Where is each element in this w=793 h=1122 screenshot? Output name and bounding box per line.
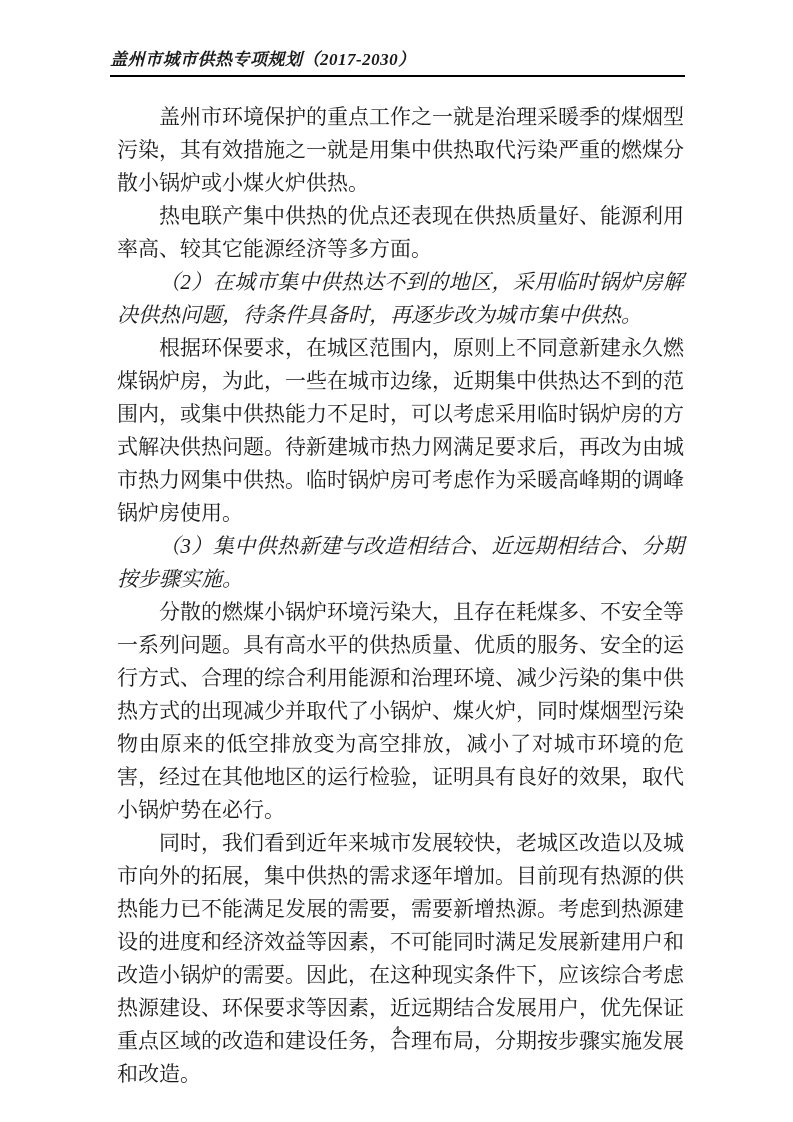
document-page: 盖州市城市供热专项规划（2017-2030） 盖州市环境保护的重点工作之一就是治… <box>0 0 793 1122</box>
document-body: 盖州市环境保护的重点工作之一就是治理采暖季的煤烟型污染，其有效措施之一就是用集中… <box>117 101 684 1091</box>
header-title: 盖州市城市供热专项规划（2017-2030） <box>110 50 685 70</box>
paragraph: 分散的燃煤小锅炉环境污染大，且存在耗煤多、不安全等一系列问题。具有高水平的供热质… <box>117 596 684 827</box>
header-rule <box>110 75 685 77</box>
page-header: 盖州市城市供热专项规划（2017-2030） <box>110 50 685 70</box>
paragraph: 盖州市环境保护的重点工作之一就是治理采暖季的煤烟型污染，其有效措施之一就是用集中… <box>117 101 684 200</box>
paragraph: 同时，我们看到近年来城市发展较快，老城区改造以及城市向外的拓展，集中供热的需求逐… <box>117 827 684 1091</box>
page-footer: 4 <box>0 1022 793 1040</box>
paragraph: 根据环保要求，在城区范围内，原则上不同意新建永久燃煤锅炉房，为此，一些在城市边缘… <box>117 332 684 530</box>
paragraph-emphasis: （3）集中供热新建与改造相结合、近远期相结合、分期按步骤实施。 <box>117 530 684 596</box>
paragraph-emphasis: （2）在城市集中供热达不到的地区，采用临时锅炉房解决供热问题，待条件具备时，再逐… <box>117 266 684 332</box>
page-number: 4 <box>393 1024 400 1039</box>
paragraph: 热电联产集中供热的优点还表现在供热质量好、能源利用率高、较其它能源经济等多方面。 <box>117 200 684 266</box>
